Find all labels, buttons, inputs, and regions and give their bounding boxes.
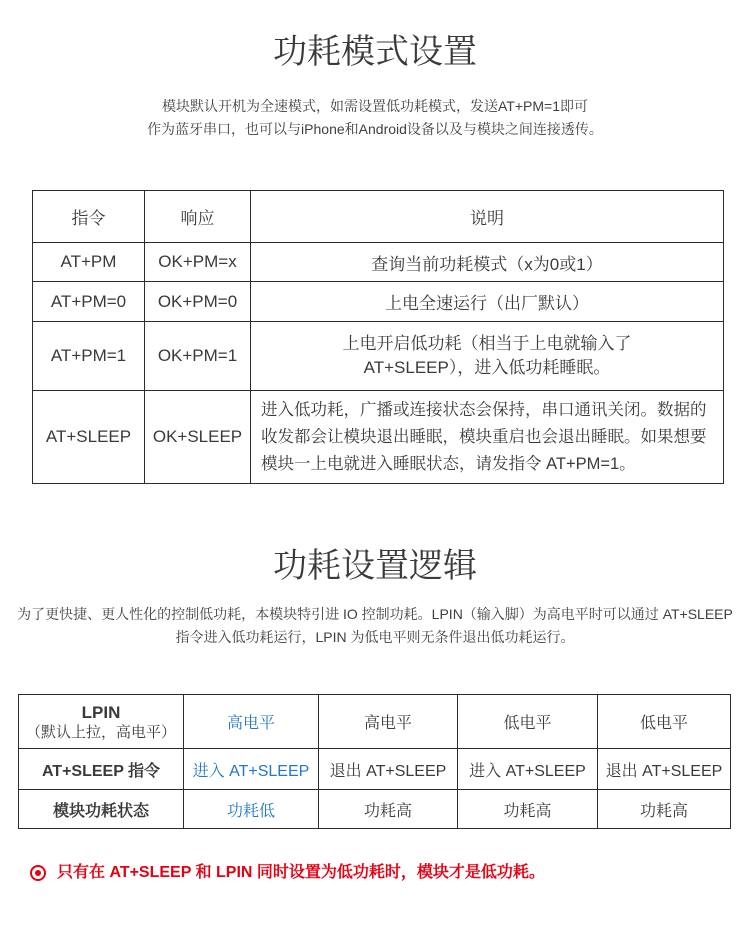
logic-row-atsleep: AT+SLEEP 指令 进入 AT+SLEEP 退出 AT+SLEEP 进入 A… [19,749,731,790]
power-logic-description: 为了更快捷、更人性化的控制低功耗，本模块特引进 IO 控制功耗。LPIN（输入脚… [0,603,750,649]
lpin-sublabel: （默认上拉，高电平） [19,723,183,742]
page-title-power-mode: 功耗模式设置 [0,32,750,72]
command-cell: AT+PM=1 [33,322,145,391]
logic-row-state: 模块功耗状态 功耗低 功耗高 功耗高 功耗高 [19,790,731,829]
lpin-level-cell: 低电平 [458,695,598,749]
row-header-atsleep: AT+SLEEP 指令 [19,749,184,790]
description-cell: 上电开启低功耗（相当于上电就输入了 AT+SLEEP），进入低功耗睡眠。 [251,322,724,391]
row-header-lpin: LPIN （默认上拉，高电平） [19,695,184,749]
target-icon [30,865,46,881]
command-cell: AT+PM=0 [33,282,145,322]
command-table-header-row: 指令 响应 说明 [33,191,724,243]
header-cell-command: 指令 [33,191,145,243]
table-row: AT+PM=0 OK+PM=0 上电全速运行（出厂默认） [33,282,724,322]
page-title-power-logic: 功耗设置逻辑 [0,546,750,586]
important-note: 只有在 AT+SLEEP 和 LPIN 同时设置为低功耗时，模块才是低功耗。 [30,863,750,883]
table-row: AT+PM OK+PM=x 查询当前功耗模式（x为0或1） [33,243,724,282]
note-text: 只有在 AT+SLEEP 和 LPIN 同时设置为低功耗时，模块才是低功耗。 [57,863,545,883]
description-line: 模块默认开机为全速模式，如需设置低功耗模式，发送AT+PM=1即可 [0,95,750,118]
power-mode-description: 模块默认开机为全速模式，如需设置低功耗模式，发送AT+PM=1即可 作为蓝牙串口… [0,95,750,141]
row-header-state: 模块功耗状态 [19,790,184,829]
response-cell: OK+PM=x [145,243,251,282]
at-command-table: 指令 响应 说明 AT+PM OK+PM=x 查询当前功耗模式（x为0或1） A… [32,190,724,484]
lpin-label: LPIN [19,702,183,723]
command-cell: AT+PM [33,243,145,282]
description-line: 作为蓝牙串口，也可以与iPhone和Android设备以及与模块之间连接透传。 [0,118,750,141]
power-state-cell: 功耗高 [458,790,598,829]
power-state-cell: 功耗高 [598,790,731,829]
description-line: 指令进入低功耗运行，LPIN 为低电平则无条件退出低功耗运行。 [0,626,750,649]
description-cell: 进入低功耗，广播或连接状态会保持，串口通讯关闭。数据的收发都会让模块退出睡眠，模… [251,391,724,484]
header-cell-description: 说明 [251,191,724,243]
power-state-cell: 功耗高 [319,790,458,829]
header-cell-response: 响应 [145,191,251,243]
command-cell: AT+SLEEP [33,391,145,484]
response-cell: OK+SLEEP [145,391,251,484]
atsleep-cell: 退出 AT+SLEEP [319,749,458,790]
power-state-cell: 功耗低 [184,790,319,829]
description-cell: 上电全速运行（出厂默认） [251,282,724,322]
table-row: AT+SLEEP OK+SLEEP 进入低功耗，广播或连接状态会保持，串口通讯关… [33,391,724,484]
table-row: AT+PM=1 OK+PM=1 上电开启低功耗（相当于上电就输入了 AT+SLE… [33,322,724,391]
lpin-level-cell: 高电平 [319,695,458,749]
description-line: 为了更快捷、更人性化的控制低功耗，本模块特引进 IO 控制功耗。LPIN（输入脚… [0,603,750,626]
lpin-level-cell: 低电平 [598,695,731,749]
manual-page: 功耗模式设置 模块默认开机为全速模式，如需设置低功耗模式，发送AT+PM=1即可… [0,0,750,950]
atsleep-cell: 进入 AT+SLEEP [184,749,319,790]
atsleep-cell: 退出 AT+SLEEP [598,749,731,790]
logic-table: LPIN （默认上拉，高电平） 高电平 高电平 低电平 低电平 AT+SLEEP… [18,694,731,829]
atsleep-cell: 进入 AT+SLEEP [458,749,598,790]
description-cell: 查询当前功耗模式（x为0或1） [251,243,724,282]
lpin-level-cell: 高电平 [184,695,319,749]
response-cell: OK+PM=1 [145,322,251,391]
logic-row-lpin: LPIN （默认上拉，高电平） 高电平 高电平 低电平 低电平 [19,695,731,749]
response-cell: OK+PM=0 [145,282,251,322]
